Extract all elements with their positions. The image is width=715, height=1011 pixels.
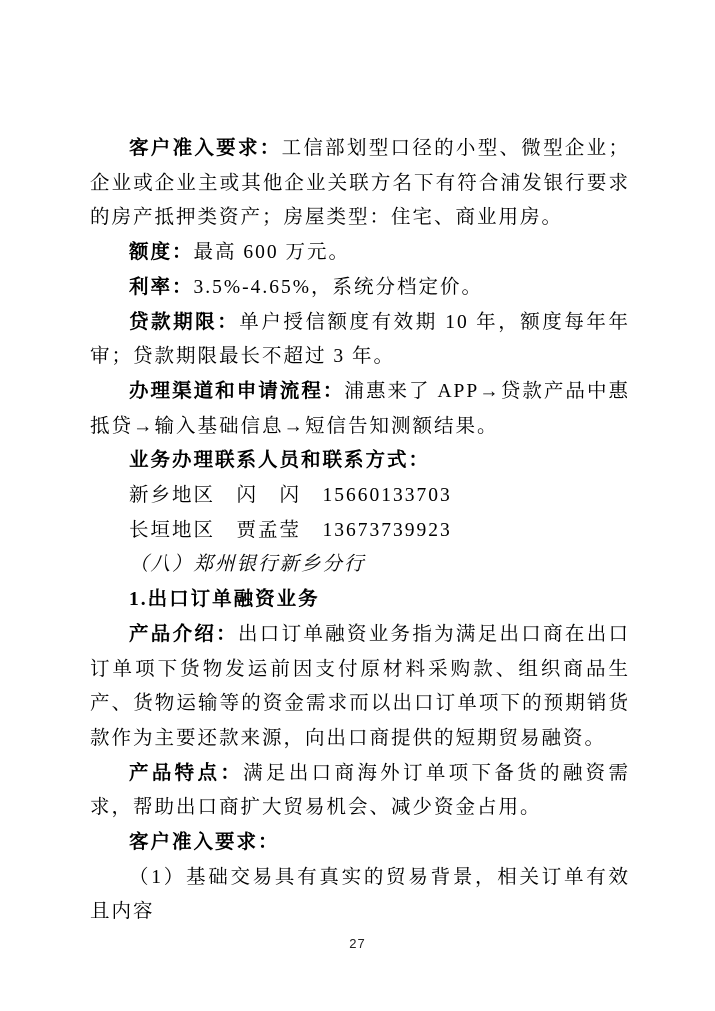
paragraph: 客户准入要求：工信部划型口径的小型、微型企业；企业或企业主或其他企业关联方名下有… (90, 132, 630, 236)
paragraph-label: 产品介绍： (129, 624, 238, 645)
paragraph: 贷款期限：单户授信额度有效期 10 年，额度每年年审；贷款期限最长不超过 3 年… (90, 306, 630, 375)
paragraph-label: 客户准入要求： (129, 832, 280, 853)
paragraph-label: 贷款期限： (129, 312, 239, 333)
paragraph-contact: 新乡地区 闪 闪 15660133703 (90, 479, 630, 514)
paragraph-label: 产品特点： (129, 763, 243, 784)
page-number: 27 (0, 936, 715, 951)
paragraph-label: 业务办理联系人员和联系方式： (129, 450, 430, 471)
paragraph: （1）基础交易具有真实的贸易背景，相关订单有效且内容 (90, 861, 630, 930)
paragraph-label: 1.出口订单融资业务 (129, 589, 320, 610)
paragraph-label: 额度： (129, 242, 194, 263)
paragraph-contact: 长垣地区 贾孟莹 13673739923 (90, 514, 630, 549)
paragraph-text: （1）基础交易具有真实的贸易背景，相关订单有效且内容 (90, 867, 630, 923)
section-heading: （八）郑州银行新乡分行 (90, 548, 630, 583)
paragraph-text: 最高 600 万元。 (194, 242, 351, 263)
paragraph-text: （八）郑州银行新乡分行 (129, 554, 366, 575)
document-body: 客户准入要求：工信部划型口径的小型、微型企业；企业或企业主或其他企业关联方名下有… (90, 132, 630, 930)
paragraph-label: 客户准入要求： (129, 138, 282, 159)
paragraph: 产品介绍：出口订单融资业务指为满足出口商在出口订单项下货物发运前因支付原材料采购… (90, 618, 630, 757)
document-page: 客户准入要求：工信部划型口径的小型、微型企业；企业或企业主或其他企业关联方名下有… (0, 0, 715, 1011)
paragraph: 办理渠道和申请流程：浦惠来了 APP→贷款产品中惠抵贷→输入基础信息→短信告知测… (90, 375, 630, 444)
paragraph: 客户准入要求： (90, 826, 630, 861)
paragraph-text: 新乡地区 闪 闪 15660133703 (129, 485, 452, 506)
paragraph: 额度：最高 600 万元。 (90, 236, 630, 271)
paragraph: 利率：3.5%-4.65%，系统分档定价。 (90, 271, 630, 306)
paragraph: 产品特点：满足出口商海外订单项下备货的融资需求，帮助出口商扩大贸易机会、减少资金… (90, 757, 630, 826)
paragraph-text: 长垣地区 贾孟莹 13673739923 (129, 520, 452, 541)
paragraph: 业务办理联系人员和联系方式： (90, 444, 630, 479)
paragraph-text: 3.5%-4.65%，系统分档定价。 (194, 277, 483, 298)
subsection-heading: 1.出口订单融资业务 (90, 583, 630, 618)
paragraph-label: 办理渠道和申请流程： (129, 381, 344, 402)
paragraph-label: 利率： (129, 277, 194, 298)
